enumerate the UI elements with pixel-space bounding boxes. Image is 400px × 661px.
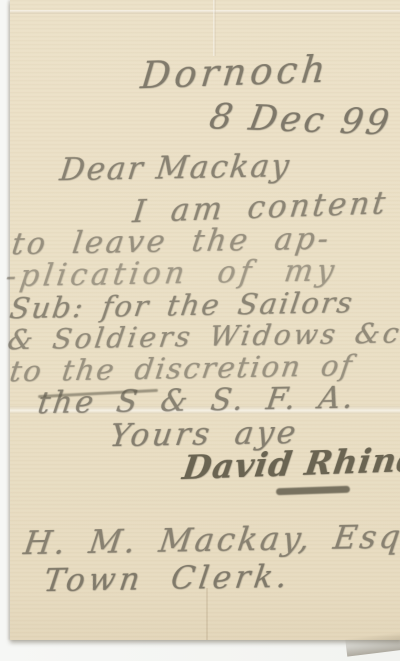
letter-salutation-line: Dear Mackay [58, 148, 293, 188]
letter-place-line: Dornoch [139, 47, 332, 97]
letter-photograph: Dornoch 8 Dec 99 Dear Mackay I am conten… [0, 0, 400, 661]
letter-signature: David Rhind [180, 440, 400, 488]
recipient-name-line: H. M. Mackay, Esq [21, 517, 400, 562]
recipient-title-line: Town Clerk. [41, 559, 293, 599]
letter-date-line: 8 Dec 99 [206, 97, 394, 143]
letter-body-line-7: the S & S. F. A. [36, 380, 359, 421]
